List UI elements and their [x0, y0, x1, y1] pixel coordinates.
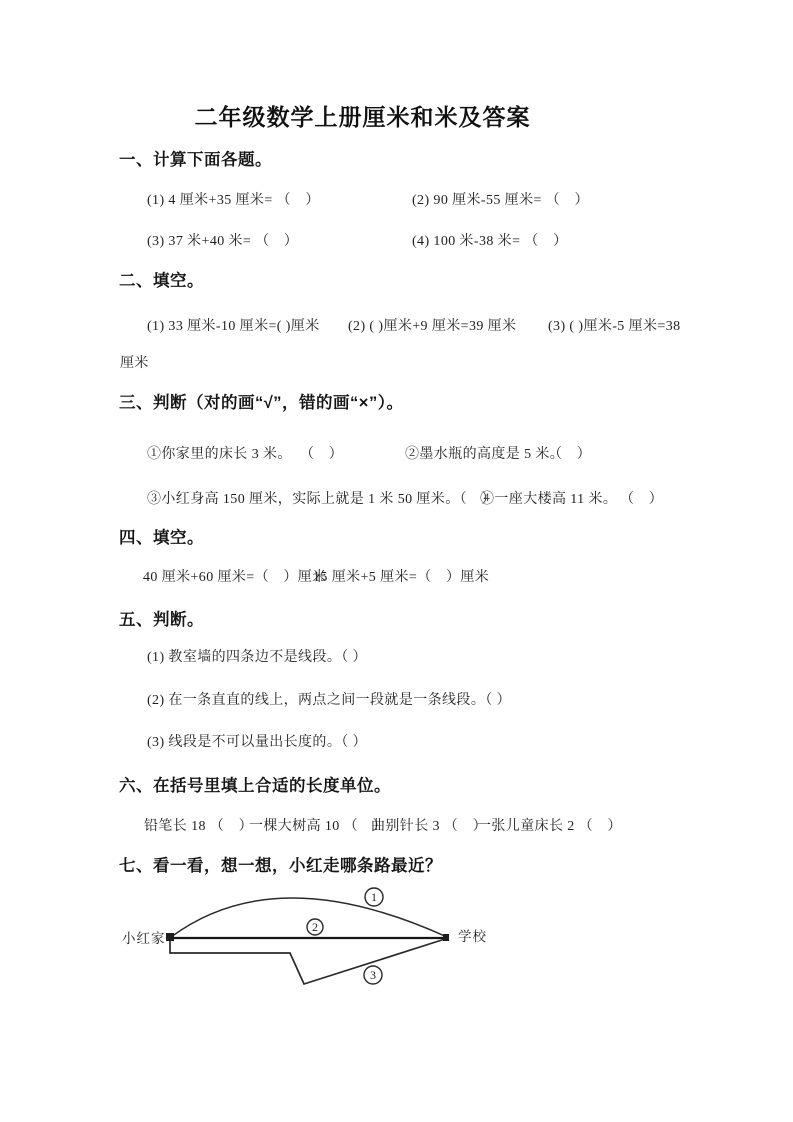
q2-item-2: (2) ( )厘米+9 厘米=39 厘米	[348, 315, 516, 335]
q5-item-3: (3) 线段是不可以量出长度的。（ ）	[147, 731, 367, 751]
worksheet-page: 二年级数学上册厘米和米及答案 一、计算下面各题。 (1) 4 厘米+35 厘米=…	[0, 0, 793, 1122]
q3-item-3: ③小红身高 150 厘米，实际上就是 1 米 50 厘米。（ ）	[147, 488, 496, 508]
q5-item-1: (1) 教室墙的四条边不是线段。（ ）	[147, 646, 367, 666]
q2-item-3: (3) ( )厘米-5 厘米=38	[548, 315, 681, 335]
section-4-heading: 四、填空。	[119, 524, 204, 548]
q3-item-4-blank: （ ）	[620, 488, 663, 508]
q1-item-1: (1) 4 厘米+35 厘米= （ ）	[147, 189, 320, 209]
q4-item-1: 40 厘米+60 厘米=（ ）厘米	[143, 566, 327, 586]
route-3-number: 3	[370, 968, 376, 982]
route-2-number: 2	[312, 920, 318, 934]
home-marker	[166, 933, 174, 941]
page-title: 二年级数学上册厘米和米及答案	[100, 99, 625, 132]
section-2-heading: 二、填空。	[119, 267, 204, 291]
section-1-heading: 一、计算下面各题。	[119, 146, 272, 170]
q3-item-4: ④一座大楼高 11 米。	[480, 488, 617, 508]
q3-item-2: ②墨水瓶的高度是 5 米。	[405, 443, 564, 463]
q3-item-1: ①你家里的床长 3 米。	[147, 443, 292, 463]
school-label: 学校	[458, 928, 487, 944]
q2-item-1: (1) 33 厘米-10 厘米=( )厘米	[147, 315, 320, 335]
q6-item-3: 曲别针长 3 （ ）	[371, 815, 487, 835]
q2-item-3-continuation: 厘米	[120, 352, 149, 372]
q3-item-1-blank: （ ）	[300, 443, 343, 463]
q6-item-4: 一张儿童床长 2 （ ）	[477, 815, 622, 835]
section-3-heading: 三、判断（对的画“√”，错的画“×”）。	[119, 389, 403, 413]
route-1-number: 1	[371, 890, 377, 904]
q1-item-3: (3) 37 米+40 米= （ ）	[147, 230, 298, 250]
q4-item-2: 15 厘米+5 厘米=（ ）厘米	[313, 566, 489, 586]
q1-item-4: (4) 100 米-38 米= （ ）	[412, 230, 567, 250]
q1-item-2: (2) 90 厘米-55 厘米= （ ）	[412, 189, 589, 209]
q5-item-2: (2) 在一条直直的线上，两点之间一段就是一条线段。（ ）	[147, 689, 511, 709]
section-6-heading: 六、在括号里填上合适的长度单位。	[119, 772, 391, 796]
school-marker	[443, 934, 449, 941]
home-label: 小红家	[122, 931, 166, 946]
q6-item-2: 一棵大树高 10 （ ）	[249, 815, 387, 835]
route-diagram: 1 2 3 小红家 学校	[0, 875, 793, 1025]
section-7-heading: 七、看一看，想一想，小红走哪条路最近？	[119, 852, 442, 876]
q3-item-2-blank: （ ）	[548, 443, 591, 463]
section-5-heading: 五、判断。	[119, 606, 204, 630]
q6-item-1: 铅笔长 18 （ ）	[144, 815, 253, 835]
route-3-path	[170, 939, 445, 984]
